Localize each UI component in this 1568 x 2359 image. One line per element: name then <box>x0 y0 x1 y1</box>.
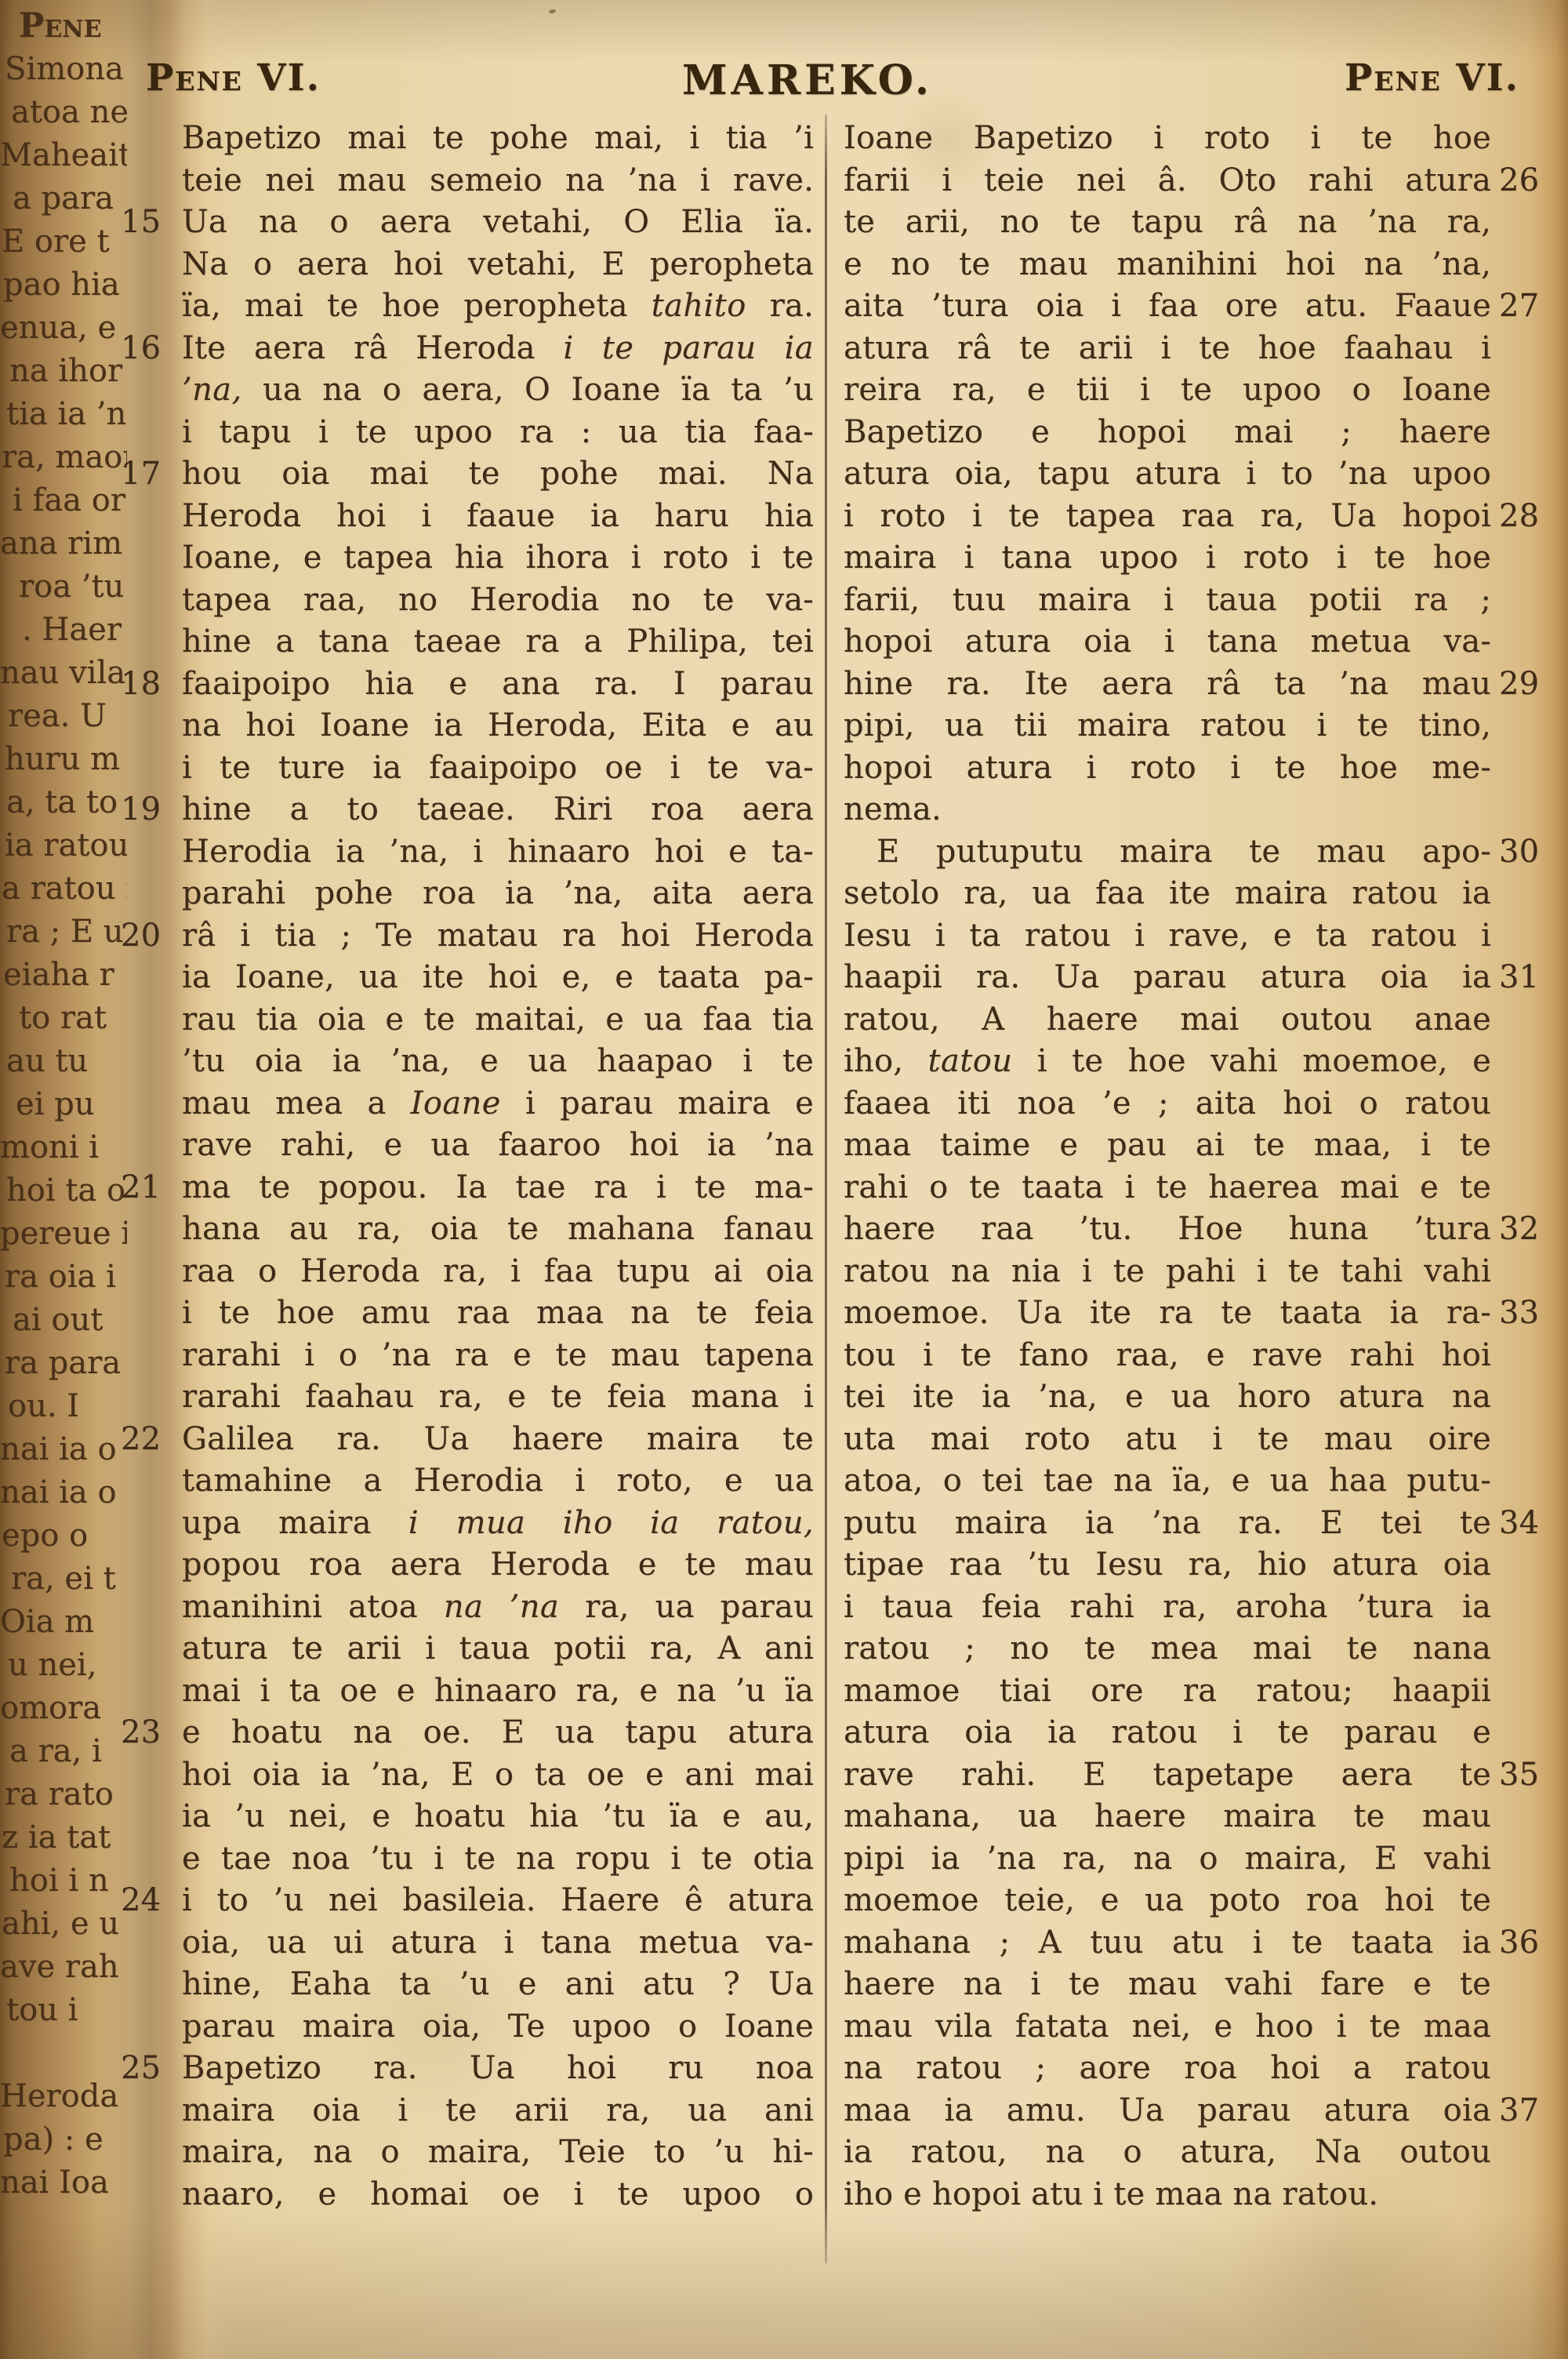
text-line: putu maira ia ’na ra. E tei te34 <box>844 1503 1491 1545</box>
text-line: parau maira oia, Te upoo o Ioane <box>182 2006 814 2048</box>
text-line: Ioane Bapetizo i roto i te hoe <box>844 118 1491 160</box>
text-line: hana au ra, oia te mahana fanau <box>182 1209 814 1251</box>
text-line: Heroda hoi i faaue ia haru hia <box>182 496 814 538</box>
text-line: maa taime e pau ai te maa, i te <box>844 1125 1491 1167</box>
verse-number: 25 <box>121 2048 171 2090</box>
verse-number: 19 <box>121 789 171 831</box>
text-line: manihini atoa na ’na ra, ua parau <box>182 1587 814 1629</box>
text-line: atura râ te arii i te hoe faahau i <box>844 328 1491 370</box>
spine-fragment: pao hia <box>0 264 127 307</box>
text-line: râ i tia ; Te matau ra hoi Heroda20 <box>182 915 814 958</box>
text-line: teie nei mau semeio na ’na i rave. <box>182 160 814 202</box>
spine-fragment: i faa or <box>0 479 127 522</box>
text-line: mamoe tiai ore ra ratou; haapii <box>844 1670 1491 1713</box>
text-line: na ratou ; aore roa hoi a ratou <box>844 2048 1491 2090</box>
text-line: Bapetizo ra. Ua hoi ru noa25 <box>182 2048 814 2090</box>
text-line: ma te popou. Ia tae ra i te ma-21 <box>182 1167 814 1209</box>
spine-fragment: huru m <box>0 738 127 781</box>
spine-fragment: pa) : e <box>0 2118 127 2161</box>
text-line: tipae raa ’tu Iesu ra, hio atura oia <box>844 1544 1491 1587</box>
chapter-header-left: Pene VI. <box>146 56 321 100</box>
text-line: Galilea ra. Ua haere maira te22 <box>182 1419 814 1461</box>
text-line: Bapetizo e hopoi mai ; haere <box>844 412 1491 454</box>
spine-fragment: tou i <box>0 1989 127 2032</box>
column-divider <box>825 114 827 2263</box>
spine-fragment: a, ta to <box>0 781 127 824</box>
spine-fragment: tia ia ’n <box>0 393 127 436</box>
spine-fragment: a ra, i <box>0 1730 127 1773</box>
text-line: tei ite ia ’na, e ua horo atura na <box>844 1376 1491 1419</box>
text-line: haere na i te mau vahi fare e te <box>844 1964 1491 2006</box>
text-line: tamahine a Herodia i roto, e ua <box>182 1460 814 1503</box>
text-line: atura oia, tapu atura i to ’na upoo <box>844 453 1491 496</box>
verse-number: 29 <box>1499 663 1562 706</box>
verse-number: 37 <box>1499 2090 1562 2132</box>
spine-fragment: Heroda i <box>0 2075 127 2118</box>
text-line: moemoe teie, e ua poto roa hoi te <box>844 1880 1491 1922</box>
text-line: raa o Heroda ra, i faa tupu ai oia <box>182 1251 814 1293</box>
spine-fragment: E ore t <box>0 220 127 264</box>
spine-fragment: rea. U <box>0 695 127 738</box>
spine-fragment: z ia tat <box>0 1816 127 1859</box>
text-line: rave rahi. E tapetape aera te35 <box>844 1754 1491 1797</box>
text-line: ratou, A haere mai outou anae <box>844 999 1491 1041</box>
text-line: pipi ia ’na ra, na o maira, E vahi <box>844 1838 1491 1881</box>
text-line: hopoi atura oia i tana metua va- <box>844 621 1491 663</box>
text-line: i roto i te tapea raa ra, Ua hopoi28 <box>844 496 1491 538</box>
scan-speck <box>549 9 557 14</box>
text-column-right: Ioane Bapetizo i roto i te hoefarii i te… <box>844 118 1491 2215</box>
text-line: ’tu oia ia ’na, e ua haapao i te <box>182 1041 814 1083</box>
text-line: hine a tana taeae ra a Philipa, tei <box>182 621 814 663</box>
text-line: i te ture ia faaipoipo oe i te va- <box>182 747 814 790</box>
verse-number: 32 <box>1499 1209 1562 1251</box>
spine-fragment: nai Ioa <box>0 2161 127 2205</box>
verse-number: 28 <box>1499 496 1562 538</box>
spine-fragment: eiaha r <box>0 954 127 997</box>
verse-number: 18 <box>121 663 171 706</box>
spine-fragment: hoi ta o <box>0 1169 127 1212</box>
spine-fragment: ei pu <box>0 1083 127 1126</box>
text-line: haapii ra. Ua parau atura oia ia31 <box>844 957 1491 999</box>
book-page: PeneSimonaatoa neMaheaita paraE ore tpao… <box>0 0 1568 2359</box>
spine-fragment: to rat <box>0 997 127 1040</box>
text-line: farii i teie nei â. Oto rahi atura26 <box>844 160 1491 202</box>
verse-number: 31 <box>1499 957 1562 999</box>
text-line: mahana, ua haere maira te mau <box>844 1796 1491 1838</box>
spine-fragment: ia ratou <box>0 824 127 867</box>
verse-number: 16 <box>121 328 171 370</box>
text-line: mau mea a Ioane i parau maira e <box>182 1083 814 1125</box>
spine-fragment: a ratou i <box>0 867 127 911</box>
text-line: Ua na o aera vetahi, O Elia ïa.15 <box>182 202 814 244</box>
text-line: atura te arii i taua potii ra, A ani <box>182 1628 814 1670</box>
spine-fragment: hoi i n <box>0 1859 127 1903</box>
text-line: ratou na nia i te pahi i te tahi vahi <box>844 1251 1491 1293</box>
text-line: te arii, no te tapu râ na ’na ra, <box>844 202 1491 244</box>
text-line: maira oia i te arii ra, ua ani <box>182 2090 814 2132</box>
verse-number: 21 <box>121 1167 171 1209</box>
running-header: MAREKO. Pene VI. Pene VI. <box>0 56 1568 111</box>
spine-fragment: ou. I <box>0 1385 127 1428</box>
text-line: parahi pohe roa ia ’na, aita aera <box>182 873 814 915</box>
text-line: e hoatu na oe. E ua tapu atura23 <box>182 1712 814 1754</box>
text-line: uta mai roto atu i te mau oire <box>844 1419 1491 1461</box>
text-line: i to ’u nei basileia. Haere ê atura24 <box>182 1880 814 1922</box>
text-line: mai i ta oe e hinaaro ra, e na ’u ïa <box>182 1670 814 1713</box>
spine-fragment: Maheait <box>0 134 127 177</box>
text-line: faaipoipo hia e ana ra. I parau18 <box>182 663 814 706</box>
text-line: hine ra. Ite aera râ ta ’na mau29 <box>844 663 1491 706</box>
chapter-header-right: Pene VI. <box>1345 56 1519 100</box>
text-line: maa ia amu. Ua parau atura oia37 <box>844 2090 1491 2132</box>
text-line: oia, ua ui atura i tana metua va- <box>182 1922 814 1965</box>
text-line: setolo ra, ua faa ite maira ratou ia <box>844 873 1491 915</box>
text-line: Bapetizo mai te pohe mai, i tia ’i <box>182 118 814 160</box>
spine-fragment: moni i <box>0 1126 127 1169</box>
spine-fragment: ai out <box>0 1299 127 1342</box>
text-line: Ioane, e tapea hia ihora i roto i te <box>182 537 814 580</box>
spine-fragment: Oia m <box>0 1601 127 1644</box>
text-line: nema. <box>844 789 1491 831</box>
verse-number: 23 <box>121 1712 171 1754</box>
text-line: popou roa aera Heroda e te mau <box>182 1544 814 1587</box>
spine-fragment: . Haer <box>0 609 127 652</box>
text-line: i taua feia rahi ra, aroha ’tura ia <box>844 1587 1491 1629</box>
text-line: iho, tatou i te hoe vahi moemoe, e <box>844 1041 1491 1083</box>
text-line: rarahi i o ’na ra e te mau tapena <box>182 1335 814 1377</box>
text-line: farii, tuu maira i taua potii ra ; <box>844 580 1491 622</box>
spine-fragment: ra, ei t <box>0 1558 127 1601</box>
verse-number: 33 <box>1499 1292 1562 1335</box>
text-line: ia ratou, na o atura, Na outou <box>844 2132 1491 2174</box>
text-line: hopoi atura i roto i te hoe me- <box>844 747 1491 790</box>
text-line: maira, na o maira, Teie to ’u hi- <box>182 2132 814 2174</box>
spine-fragment: ana rim <box>0 522 127 565</box>
text-line: rau tia oia e te maitai, e ua faa tia <box>182 999 814 1041</box>
verse-number: 30 <box>1499 831 1562 874</box>
text-line: reira ra, e tii i te upoo o Ioane <box>844 369 1491 412</box>
text-line: hou oia mai te pohe mai. Na17 <box>182 453 814 496</box>
spine-fragment: enua, e i <box>0 307 127 350</box>
text-line: hine a to taeae. Riri roa aera19 <box>182 789 814 831</box>
spine-fragment: ra ; E u <box>0 911 127 954</box>
text-line: ia ’u nei, e hoatu hia ’tu ïa e au, <box>182 1796 814 1838</box>
verse-number: 36 <box>1499 1922 1562 1965</box>
spine-previous-page-fragments: PeneSimonaatoa neMaheaita paraE ore tpao… <box>0 5 127 2271</box>
text-line: e no te mau manihini hoi na ’na, <box>844 244 1491 286</box>
text-line: aita ’tura oia i faa ore atu. Faaue27 <box>844 285 1491 328</box>
text-column-left: Bapetizo mai te pohe mai, i tia ’iteie n… <box>182 118 814 2215</box>
spine-fragment: u nei, <box>0 1644 127 1687</box>
spine-fragment: nai ia o <box>0 1428 127 1471</box>
verse-number: 26 <box>1499 160 1562 202</box>
text-line: tou i te fano raa, e rave rahi hoi <box>844 1335 1491 1377</box>
text-line: faaea iti noa ’e ; aita hoi o ratou <box>844 1083 1491 1125</box>
spine-fragment <box>0 2032 127 2075</box>
text-line: ’na, ua na o aera, O Ioane ïa ta ’u <box>182 369 814 412</box>
text-line: rahi o te taata i te haerea mai e te <box>844 1167 1491 1209</box>
spine-fragment: na ihor <box>0 350 127 393</box>
verse-number: 24 <box>121 1880 171 1922</box>
text-line: E putuputu maira te mau apo-30 <box>844 831 1491 874</box>
text-line: Na o aera hoi vetahi, E peropheta <box>182 244 814 286</box>
spine-fragment: ra, maor <box>0 436 127 479</box>
verse-number: 35 <box>1499 1754 1562 1797</box>
spine-fragment: nau vila <box>0 652 127 695</box>
text-line: mahana ; A tuu atu i te taata ia36 <box>844 1922 1491 1965</box>
spine-fragment: epo o <box>0 1514 127 1558</box>
text-line: na hoi Ioane ia Heroda, Eita e au <box>182 705 814 747</box>
text-line: upa maira i mua iho ia ratou, <box>182 1503 814 1545</box>
text-line: iho e hopoi atu i te maa na ratou. <box>844 2174 1491 2216</box>
verse-number: 15 <box>121 202 171 244</box>
text-line: hine, Eaha ta ’u e ani atu ? Ua <box>182 1964 814 2006</box>
text-line: i tapu i te upoo ra : ua tia faa- <box>182 412 814 454</box>
spine-fragment: au tu <box>0 1040 127 1083</box>
text-line: tapea raa, no Herodia no te va- <box>182 580 814 622</box>
text-line: naaro, e homai oe i te upoo o <box>182 2174 814 2216</box>
spine-fragment: ahi, e u <box>0 1903 127 1946</box>
text-line: mau vila fatata nei, e hoo i te maa <box>844 2006 1491 2048</box>
text-line: atoa, o tei tae na ïa, e ua haa putu- <box>844 1460 1491 1503</box>
spine-fragment: ave rah <box>0 1946 127 1989</box>
spine-fragment: pereue i <box>0 1212 127 1256</box>
text-line: Herodia ia ’na, i hinaaro hoi e ta- <box>182 831 814 874</box>
spine-fragment: roa ’tu <box>0 565 127 609</box>
text-line: maira i tana upoo i roto i te hoe <box>844 537 1491 580</box>
text-line: ratou ; no te mea mai te nana <box>844 1628 1491 1670</box>
text-line: Ite aera râ Heroda i te parau ia16 <box>182 328 814 370</box>
text-line: Iesu i ta ratou i rave, e ta ratou i <box>844 915 1491 958</box>
text-line: hoi oia ia ’na, E o ta oe e ani mai <box>182 1754 814 1797</box>
text-line: rave rahi, e ua faaroo hoi ia ’na <box>182 1125 814 1167</box>
verse-number: 27 <box>1499 285 1562 328</box>
spine-fragment: ra para <box>0 1342 127 1385</box>
spine-fragment: ra rato <box>0 1773 127 1816</box>
text-line: ia Ioane, ua ite hoi e, e taata pa- <box>182 957 814 999</box>
text-line: e tae noa ’tu i te na ropu i te otia <box>182 1838 814 1881</box>
verse-number: 22 <box>121 1419 171 1461</box>
text-line: pipi, ua tii maira ratou i te tino, <box>844 705 1491 747</box>
spine-fragment: nai ia o <box>0 1471 127 1514</box>
verse-number: 34 <box>1499 1503 1562 1545</box>
text-line: atura oia ia ratou i te parau e <box>844 1712 1491 1754</box>
text-line: rarahi faahau ra, e te feia mana i <box>182 1376 814 1419</box>
spine-fragment: a para <box>0 177 127 220</box>
text-line: haere raa ’tu. Hoe huna ’tura32 <box>844 1209 1491 1251</box>
verse-number: 20 <box>121 915 171 958</box>
spine-fragment: ra oia i <box>0 1256 127 1299</box>
spine-fragment: Pene <box>0 5 127 48</box>
text-line: moemoe. Ua ite ra te taata ia ra-33 <box>844 1292 1491 1335</box>
spine-fragment: omora <box>0 1687 127 1730</box>
text-line: i te hoe amu raa maa na te feia <box>182 1292 814 1335</box>
text-line: ïa, mai te hoe peropheta tahito ra. <box>182 285 814 328</box>
verse-number: 17 <box>121 453 171 496</box>
